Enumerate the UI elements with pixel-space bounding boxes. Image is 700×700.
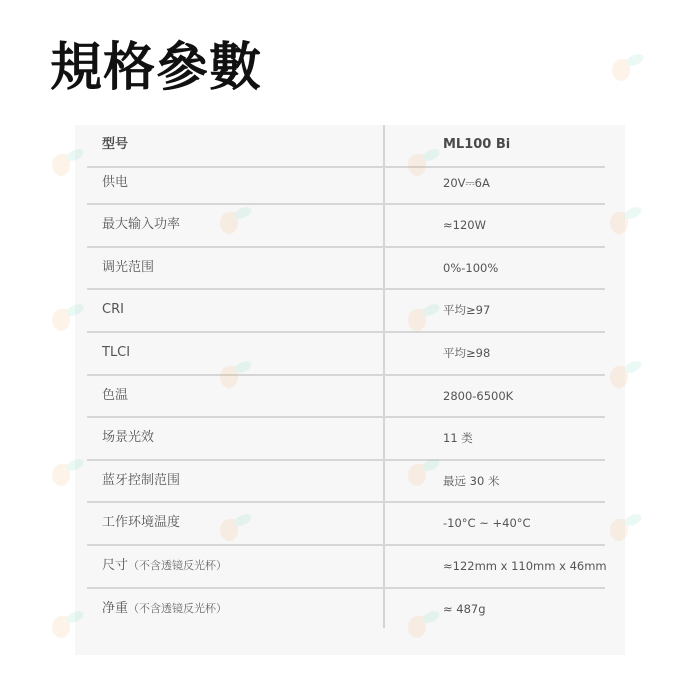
spec-header-value: ML100 Bi xyxy=(443,125,510,165)
spec-row-max-input-power: 最大输入功率 ≈120W xyxy=(75,205,625,248)
spec-label: 尺寸（不含透镜反光杯） xyxy=(102,546,227,586)
spec-header-row: 型号 ML100 Bi xyxy=(75,125,625,168)
spec-row-operating-temperature: 工作环境温度 -10°C ~ +40°C xyxy=(75,503,625,546)
spec-label: 供电 xyxy=(102,163,128,203)
spec-row-bluetooth-range: 蓝牙控制范围 最远 30 米 xyxy=(75,461,625,504)
spec-value: ≈120W xyxy=(443,205,486,245)
spec-label: TLCI xyxy=(102,333,130,373)
spec-value: 11 类 xyxy=(443,418,473,458)
spec-label: 色温 xyxy=(102,376,128,416)
spec-value: -10°C ~ +40°C xyxy=(443,503,531,543)
spec-row-color-temperature: 色温 2800-6500K xyxy=(75,376,625,419)
spec-label: 净重（不含透镜反光杯） xyxy=(102,589,227,629)
spec-label: 工作环境温度 xyxy=(102,503,180,543)
spec-row-dimensions: 尺寸（不含透镜反光杯） ≈122mm x 110mm x 46mm xyxy=(75,546,625,589)
spec-value: 0%-100% xyxy=(443,248,498,288)
spec-value: 20V⎓6A xyxy=(443,163,490,203)
spec-label: 调光范围 xyxy=(102,248,154,288)
spec-row-dimming-range: 调光范围 0%-100% xyxy=(75,248,625,291)
spec-value: ≈ 487g xyxy=(443,589,486,629)
spec-row-power-supply: 供电 20V⎓6A xyxy=(75,163,625,206)
watermark-logo-icon xyxy=(612,55,646,85)
spec-row-scene-effects: 场景光效 11 类 xyxy=(75,418,625,461)
spec-label: 最大输入功率 xyxy=(102,205,180,245)
spec-label: 蓝牙控制范围 xyxy=(102,461,180,501)
spec-value: 平均≥97 xyxy=(443,290,490,330)
spec-label: CRI xyxy=(102,290,124,330)
spec-table: 型号 ML100 Bi 供电 20V⎓6A 最大输入功率 ≈120W 调光范围 … xyxy=(75,125,625,655)
page-title: 規格參數 xyxy=(50,36,262,100)
spec-row-cri: CRI 平均≥97 xyxy=(75,290,625,333)
spec-header-label: 型号 xyxy=(102,125,128,165)
spec-label: 场景光效 xyxy=(102,418,154,458)
spec-row-tlci: TLCI 平均≥98 xyxy=(75,333,625,376)
spec-value: 2800-6500K xyxy=(443,376,513,416)
spec-value: ≈122mm x 110mm x 46mm xyxy=(443,546,607,586)
spec-row-net-weight: 净重（不含透镜反光杯） ≈ 487g xyxy=(75,589,625,632)
spec-value: 最远 30 米 xyxy=(443,461,499,501)
spec-value: 平均≥98 xyxy=(443,333,490,373)
